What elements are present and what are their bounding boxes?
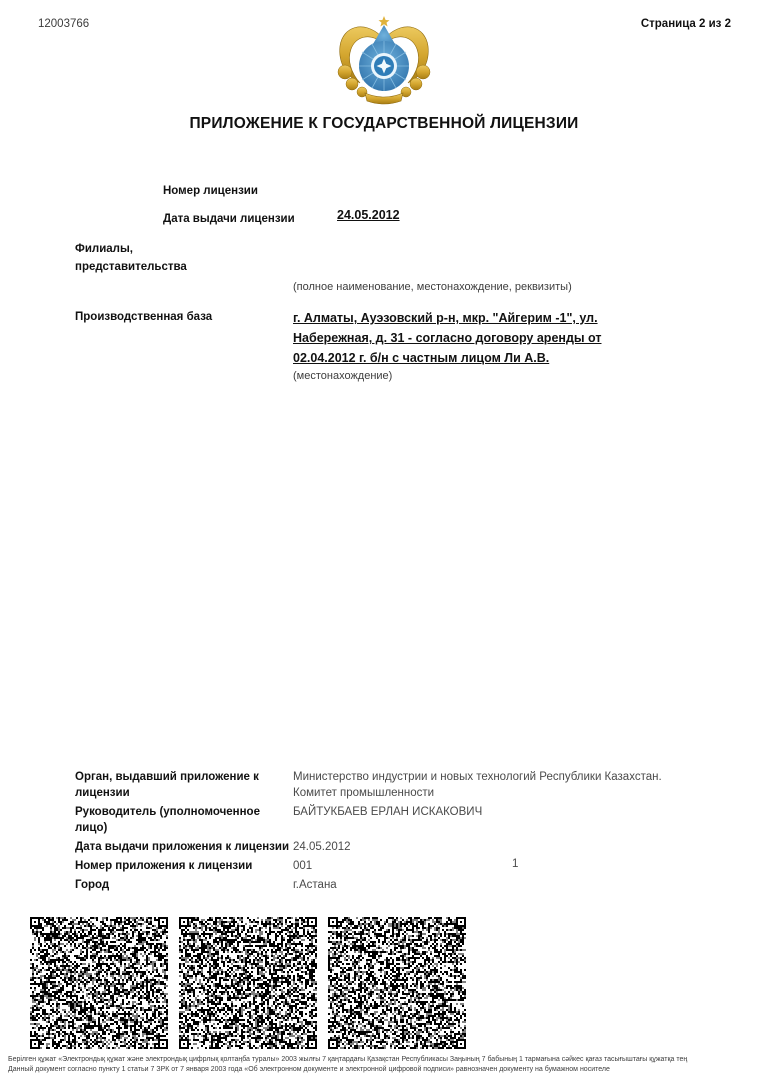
production-base-hint: (местонахождение)	[293, 370, 392, 382]
appendix-issue-date-value: 24.05.2012	[293, 839, 707, 855]
kazakhstan-emblem-icon	[336, 15, 432, 106]
appendix-issue-date-label: Дата выдачи приложения к лицензии	[75, 839, 293, 855]
production-base-label: Производственная база	[75, 311, 212, 323]
legal-footer: Берілген құжат «Электрондық құжат және э…	[8, 1055, 760, 1075]
appendix-number-extra: 1	[512, 858, 518, 870]
digital-signature-barcode	[328, 917, 466, 1049]
issuing-authority-value: Министерство индустрии и новых технологи…	[293, 769, 707, 801]
details-row-issuing-authority: Орган, выдавший приложение к лицензии Ми…	[75, 769, 737, 801]
license-issue-date-label: Дата выдачи лицензии	[163, 213, 295, 225]
license-number-label: Номер лицензии	[163, 185, 258, 197]
signature-barcodes	[30, 917, 466, 1049]
digital-signature-barcode	[179, 917, 317, 1049]
appendix-number-label: Номер приложения к лицензии	[75, 858, 293, 874]
license-issue-date-field: Дата выдачи лицензии 24.05.2012	[163, 209, 583, 227]
license-number-field: Номер лицензии	[163, 181, 258, 199]
document-title: ПРИЛОЖЕНИЕ К ГОСУДАРСТВЕННОЙ ЛИЦЕНЗИИ	[184, 113, 584, 134]
issuance-details: Орган, выдавший приложение к лицензии Ми…	[75, 769, 737, 896]
legal-footer-line-kk: Берілген құжат «Электрондық құжат және э…	[8, 1055, 760, 1065]
document-number: 12003766	[38, 18, 89, 30]
digital-signature-barcode	[30, 917, 168, 1049]
details-row-appendix-issue-date: Дата выдачи приложения к лицензии 24.05.…	[75, 839, 737, 855]
details-row-head: Руководитель (уполномоченное лицо) БАЙТУ…	[75, 804, 737, 836]
city-value: г.Астана	[293, 877, 707, 893]
city-label: Город	[75, 877, 293, 893]
issuing-authority-label: Орган, выдавший приложение к лицензии	[75, 769, 293, 801]
details-row-city: Город г.Астана	[75, 877, 737, 893]
page-indicator: Страница 2 из 2	[641, 18, 731, 30]
license-appendix-document: 12003766 Страница 2 из 2	[0, 0, 768, 1086]
legal-footer-line-ru: Данный документ согласно пункту 1 статьи…	[8, 1065, 760, 1075]
head-value: БАЙТУКБАЕВ ЕРЛАН ИСКАКОВИЧ	[293, 804, 707, 836]
details-row-appendix-number: Номер приложения к лицензии 001 1	[75, 858, 737, 874]
license-issue-date-value: 24.05.2012	[337, 208, 400, 222]
appendix-number-value: 001	[293, 858, 707, 874]
branches-hint: (полное наименование, местонахождение, р…	[293, 281, 572, 293]
production-base-value: г. Алматы, Ауэзовский р-н, мкр. "Айгерим…	[293, 308, 641, 368]
branches-label: Филиалы, представительства	[75, 240, 240, 276]
head-label: Руководитель (уполномоченное лицо)	[75, 804, 293, 836]
